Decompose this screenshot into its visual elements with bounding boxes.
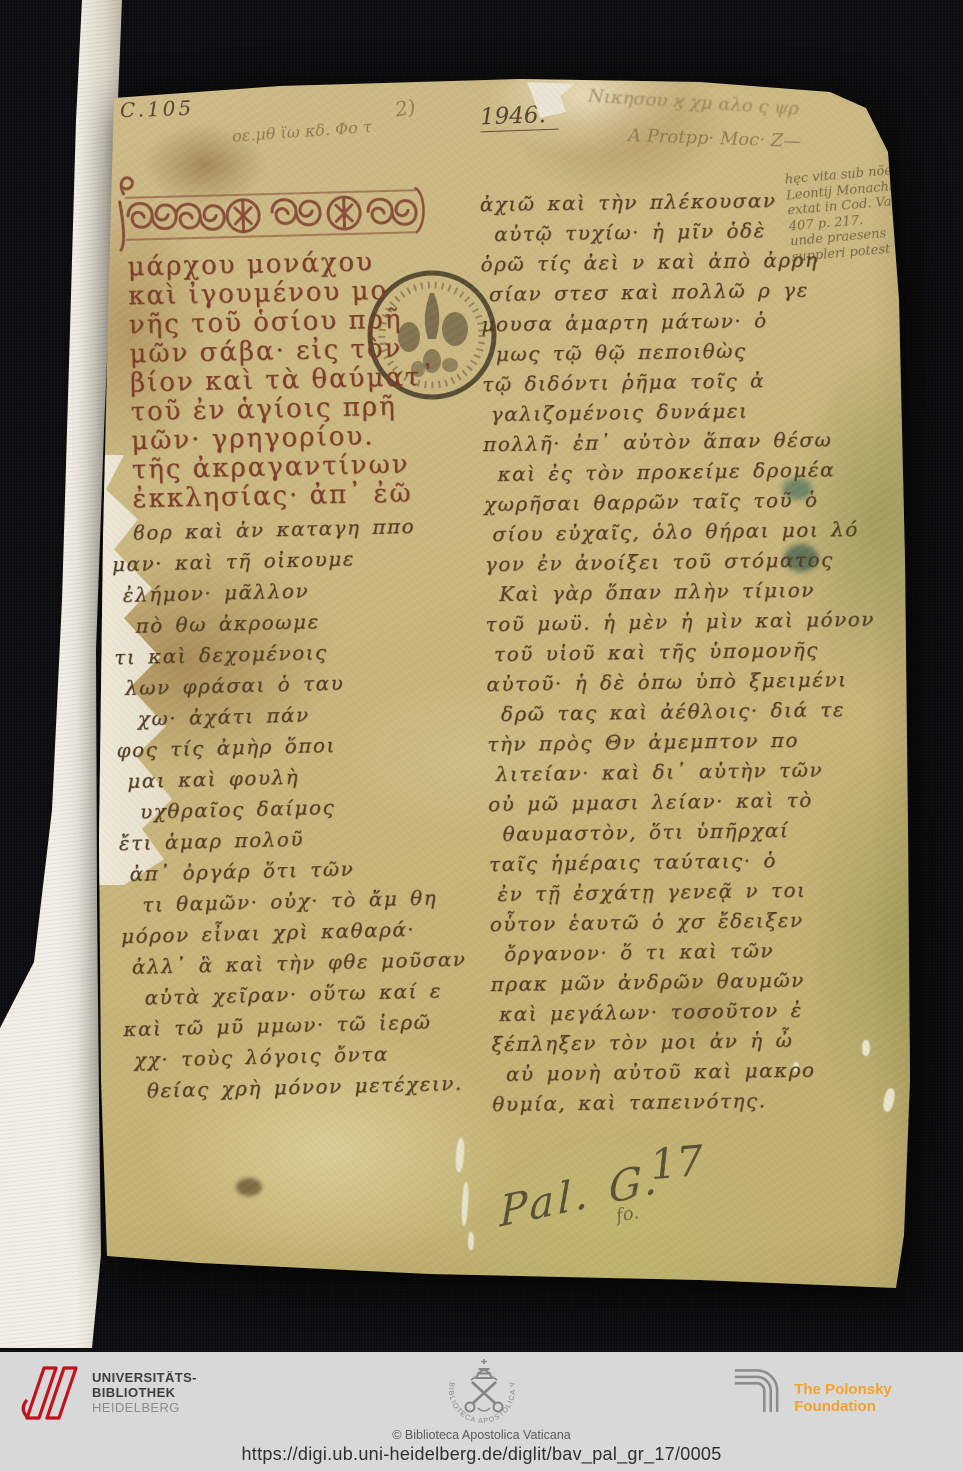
caption-bar: UNIVERSITÄTS- BIBLIOTHEK HEIDELBERG	[0, 1352, 963, 1471]
left-column-title: μάρχου μονάχουκαὶ ἰγουμένου μονῆς τοῦ ὁσ…	[127, 247, 442, 514]
shelfmark-number: 17	[648, 1136, 706, 1189]
right-column-text: ἀχιῶ καὶ τὴν πλέκουσαναὐτῷ τυχίω· ἡ μῖν …	[480, 183, 923, 1119]
shelfmark-inscription: Pal. G. 17 fo.	[498, 1142, 758, 1262]
shelfmark-text: Pal. G.	[500, 1152, 661, 1236]
ub-heidelberg-books-icon	[16, 1360, 82, 1424]
scan-viewport: C.105 οε.μθ ϊω κδ. Φο τ 2) 1946. Νικησου…	[0, 0, 963, 1471]
text-line: σίου εὐχαῖς, ὁλο θήραι μοι λό	[492, 513, 914, 549]
ub-logo-line1: UNIVERSITÄTS-	[92, 1370, 197, 1385]
shelfmark-folio: fo.	[614, 1202, 640, 1227]
page-wrap: C.105 οε.μθ ϊω κδ. Φο τ 2) 1946. Νικησου…	[0, 0, 963, 1471]
polonsky-arcs-icon	[733, 1358, 788, 1416]
faded-scribble: 2)	[393, 94, 417, 121]
faded-scribble: οε.μθ ϊω κδ. Φο τ	[232, 117, 373, 146]
vatican-keys-icon: BIBLIOTECA APOSTOLICA VATICANA	[444, 1356, 520, 1430]
polonsky-label: The Polonsky Foundation	[794, 1381, 963, 1415]
provenance-annotation: A Protpp· Moc· Z—	[628, 125, 802, 152]
faded-title-scribble: Νικησου ϗ χμ αλο ς ψρ	[588, 86, 800, 120]
ub-heidelberg-logo: UNIVERSITÄTS- BIBLIOTHEK HEIDELBERG	[16, 1360, 197, 1424]
vatican-copyright: © Biblioteca Apostolica Vaticana	[0, 1428, 963, 1442]
left-column-text: ϐορ καὶ ἀν καταγη ππομαν· καὶ τῆ οἰκουμε…	[111, 510, 455, 1107]
polonsky-foundation-logo: The Polonsky Foundation	[733, 1358, 963, 1416]
text-line: θείας χρὴ μόνον μετέχειν.	[146, 1068, 455, 1107]
ub-logo-line3: HEIDELBERG	[92, 1400, 197, 1415]
source-url: https://digi.ub.uni-heidelberg.de/diglit…	[0, 1444, 963, 1465]
brown-blotch	[236, 1178, 262, 1196]
headpiece-ornament	[115, 164, 429, 256]
paint-loss-drip	[455, 1138, 465, 1172]
ub-logo-line2: BIBLIOTHEK	[92, 1385, 197, 1400]
text-line: θυμία, καὶ ταπεινότης.	[492, 1083, 922, 1119]
old-shelfmark: C.105	[120, 96, 195, 123]
vatican-library-emblem: BIBLIOTECA APOSTOLICA VATICANA	[444, 1356, 520, 1435]
text-line: ἐκκλησίας· ἀπ᾿ ἐῶ	[132, 479, 443, 514]
manuscript-page: C.105 οε.μθ ϊω κδ. Φο τ 2) 1946. Νικησου…	[0, 0, 963, 1365]
paint-loss-drip	[461, 1182, 469, 1226]
paint-loss-drip	[468, 1232, 474, 1250]
text-line: τοῦ μωϋ. ἡ μὲν ἡ μὶν καὶ μόνον	[485, 603, 915, 639]
